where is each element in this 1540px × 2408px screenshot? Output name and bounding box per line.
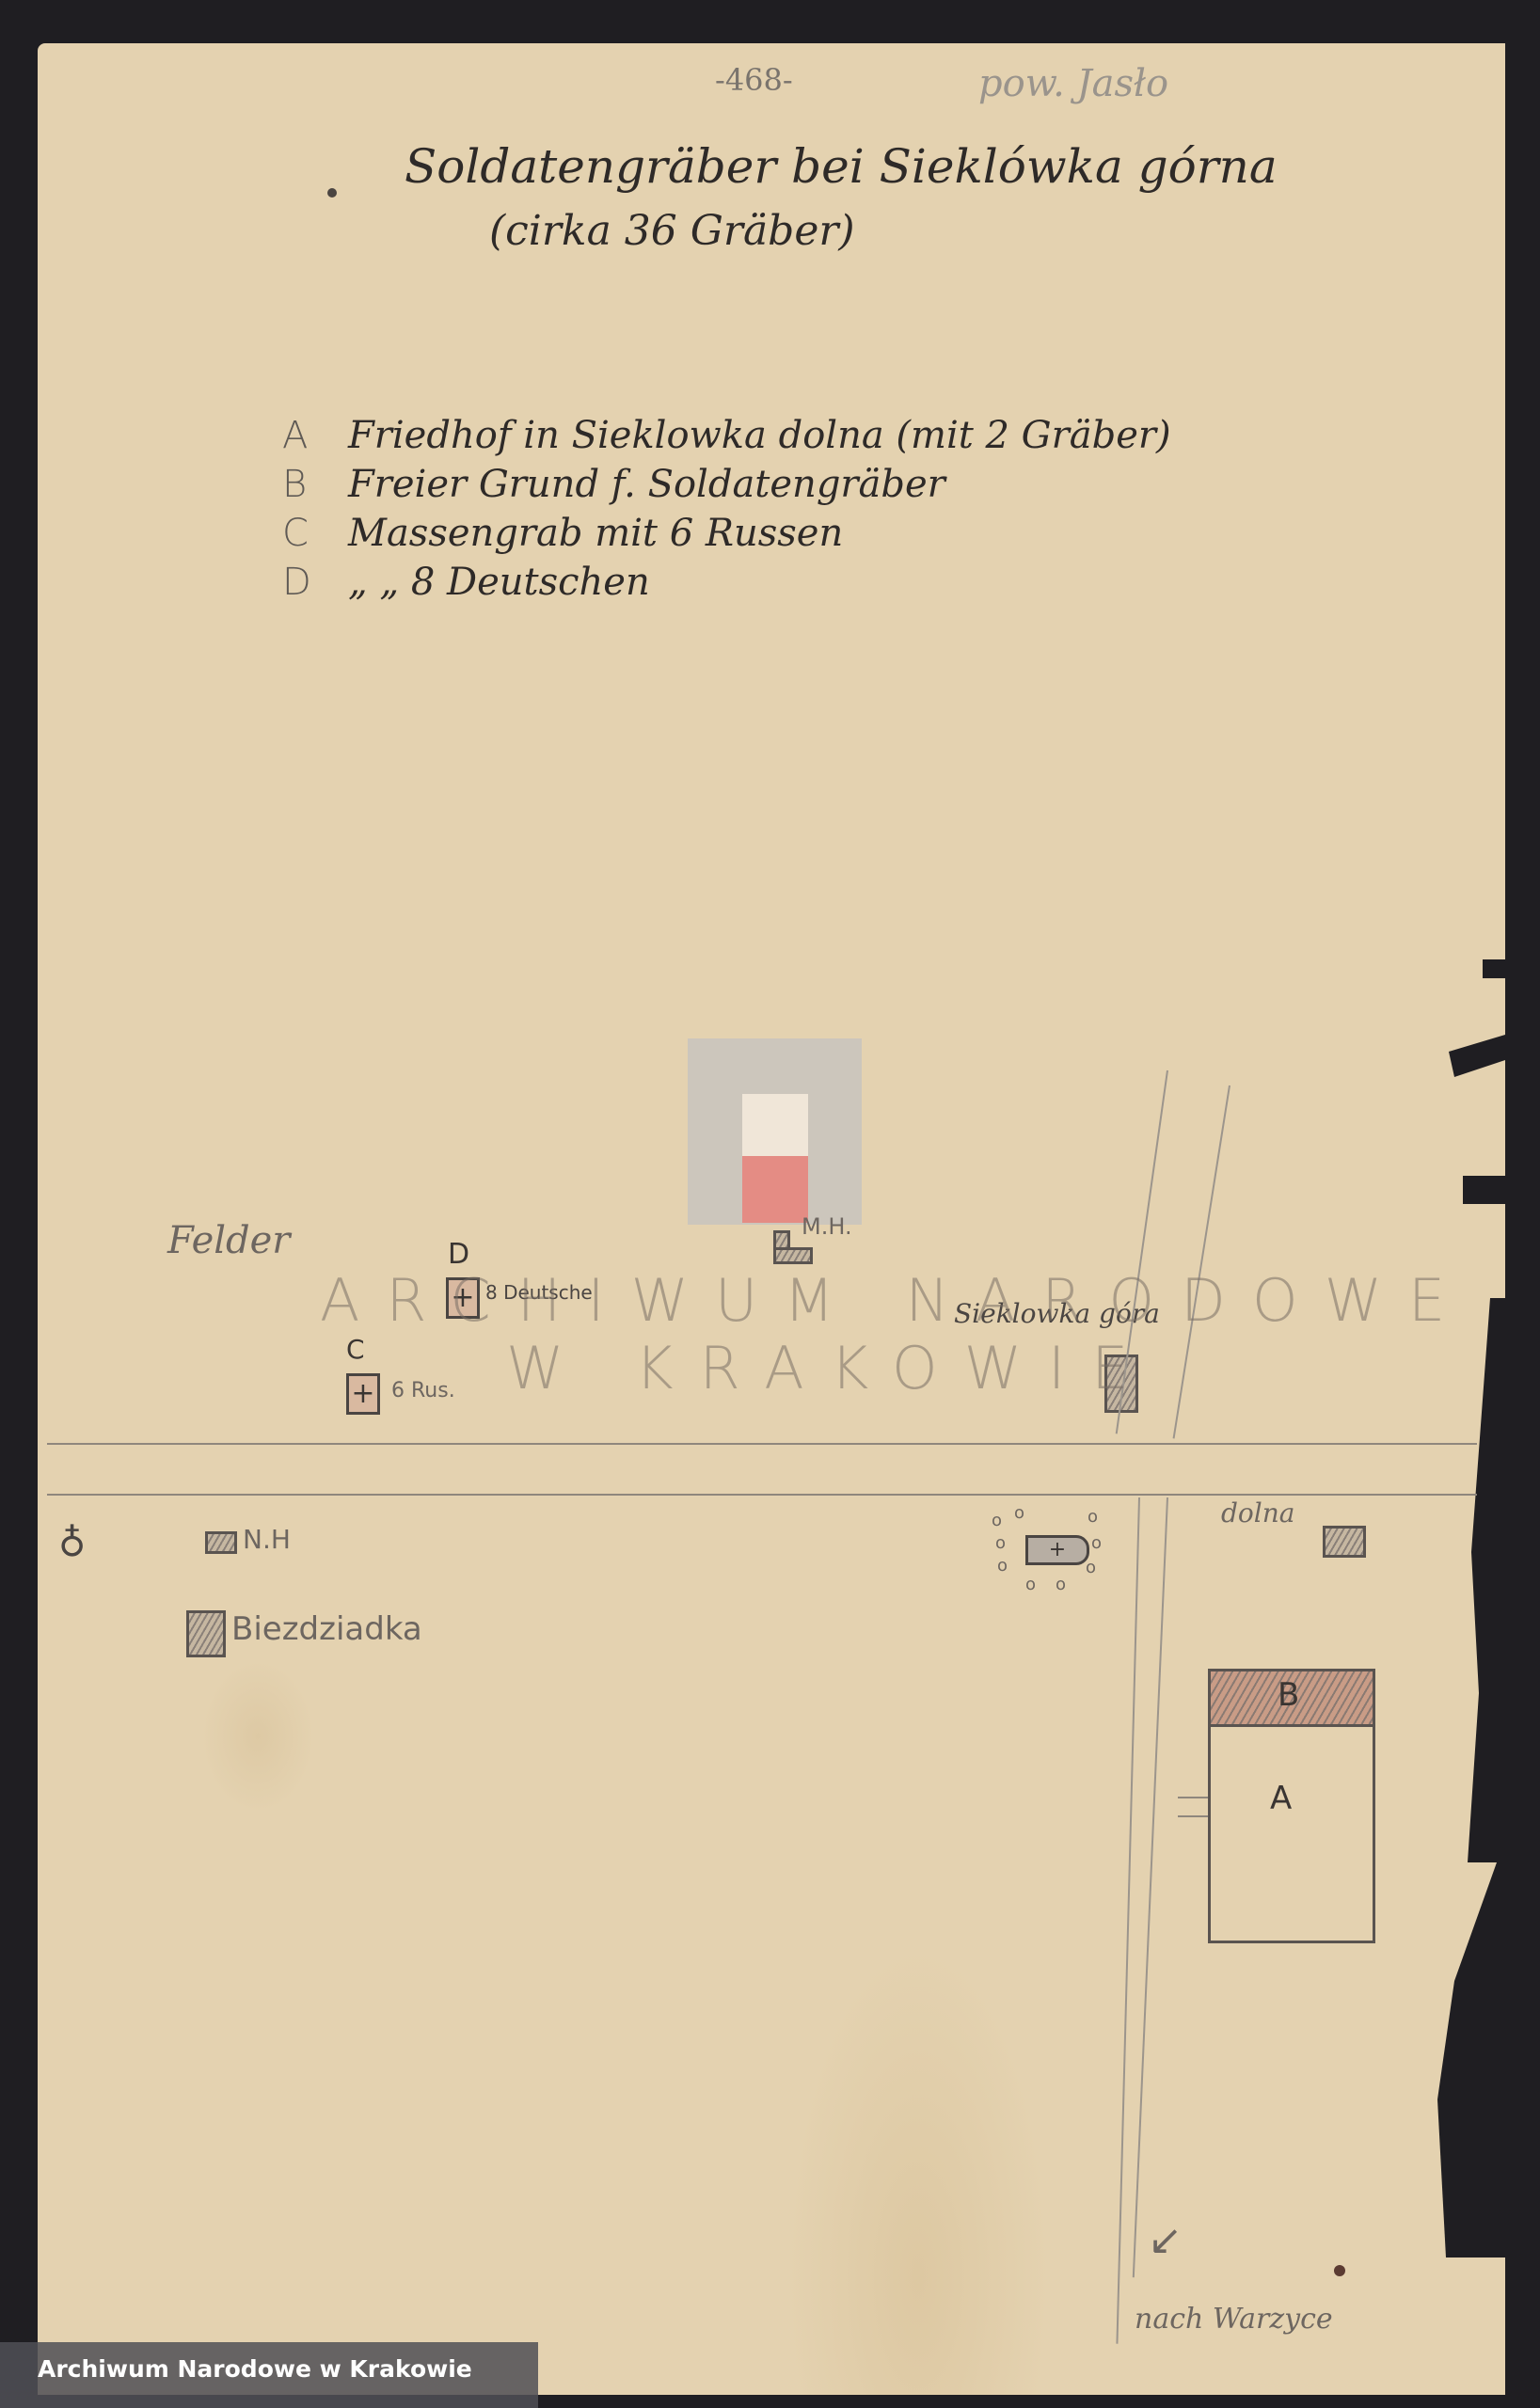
cemetery-gate — [1178, 1815, 1208, 1817]
grave-marker: o — [992, 1511, 1002, 1530]
church-icon: ♁ — [58, 1522, 86, 1565]
direction-arrow-icon: ↙ — [1148, 2216, 1183, 2264]
grave-marker: o — [1056, 1575, 1066, 1594]
watermark-line-1: ARCHIWUM NARODOWE — [320, 1266, 1471, 1335]
label-mh-upper: M.H. — [802, 1213, 852, 1240]
building-biezdziadka-icon — [186, 1610, 226, 1657]
horizontal-road-top — [47, 1443, 1477, 1445]
label-area-b: B — [1278, 1676, 1299, 1714]
cross-icon: + — [351, 1380, 374, 1408]
document-subtitle: (cirka 36 Gräber) — [489, 207, 855, 255]
grave-marker: o — [1014, 1503, 1024, 1523]
footer-archive-name: Archiwum Narodowe w Krakowie — [38, 2355, 472, 2383]
legend-row-c: C Massengrab mit 6 Russen — [282, 512, 1171, 561]
grave-c-note: 6 Rus. — [391, 1379, 455, 1402]
legend-row-d: D „ „ 8 Deutschen — [282, 561, 1171, 610]
document-title: Soldatengräber bei Sieklówka górna — [405, 139, 1278, 194]
archive-logo-white-field — [742, 1094, 808, 1156]
ink-spot — [327, 188, 337, 198]
label-felder: Felder — [167, 1219, 290, 1262]
legend: A Friedhof in Sieklowka dolna (mit 2 Grä… — [282, 414, 1171, 610]
legend-text: „ „ 8 Deutschen — [348, 561, 650, 604]
cross-icon: + — [1049, 1540, 1066, 1560]
legend-text: Massengrab mit 6 Russen — [348, 512, 843, 555]
legend-letter: C — [282, 512, 348, 555]
building-nh-lower-icon — [205, 1531, 237, 1554]
grave-marker: o — [1025, 1575, 1036, 1594]
torn-edge-3 — [1463, 1176, 1505, 1204]
grave-marker: o — [1086, 1558, 1096, 1577]
grave-c-cross-icon: + — [346, 1373, 380, 1415]
legend-row-a: A Friedhof in Sieklowka dolna (mit 2 Grä… — [282, 414, 1171, 463]
building-mh-upper-wing — [773, 1247, 813, 1264]
district-note: pow. Jasło — [978, 62, 1168, 105]
legend-letter: A — [282, 414, 348, 457]
grave-marker: o — [997, 1556, 1008, 1576]
legend-text: Friedhof in Sieklowka dolna (mit 2 Gräbe… — [348, 414, 1171, 457]
label-nh-lower: N.H — [243, 1524, 291, 1555]
grave-marker: o — [1088, 1507, 1098, 1527]
legend-row-b: B Freier Grund f. Soldatengräber — [282, 463, 1171, 512]
page-number: -468- — [715, 62, 793, 98]
building-dolna-icon — [1323, 1526, 1366, 1558]
grave-marker: o — [995, 1533, 1006, 1553]
torn-edge-1 — [1483, 959, 1511, 978]
label-area-a: A — [1270, 1780, 1292, 1817]
legend-text: Freier Grund f. Soldatengräber — [348, 463, 945, 506]
label-biezdziadka: Biezdziadka — [231, 1610, 422, 1648]
cemetery-gate — [1178, 1797, 1208, 1798]
chapel-cross-icon: + — [1025, 1535, 1089, 1565]
ink-spot — [1334, 2265, 1345, 2276]
archive-logo-red-field — [742, 1156, 808, 1223]
legend-letter: B — [282, 463, 348, 506]
label-dolna: dolna — [1221, 1497, 1294, 1529]
horizontal-road-bottom — [47, 1494, 1477, 1496]
grave-c-letter: C — [346, 1334, 365, 1365]
label-nach-warzyce: nach Warzyce — [1135, 2303, 1333, 2336]
watermark-line-2: W KRAKOWIE — [506, 1334, 1154, 1402]
grave-marker: o — [1091, 1533, 1102, 1553]
legend-letter: D — [282, 561, 348, 604]
